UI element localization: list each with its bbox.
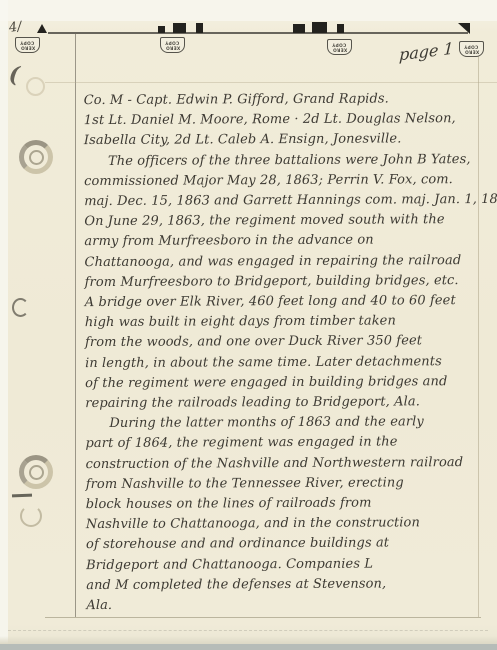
xerox-copy-stamp: XERO COPY: [327, 39, 352, 55]
stamp-text: XERO: [332, 48, 346, 52]
handwritten-line: Nashville to Chattanooga, and in the con…: [86, 513, 497, 535]
handwritten-line: of the regiment were engaged in building…: [85, 372, 497, 394]
handwritten-line: 1st Lt. Daniel M. Moore, Rome · 2d Lt. D…: [84, 109, 496, 131]
handwritten-line: in length, in about the same time. Later…: [85, 352, 497, 374]
hole-punch-partial: [20, 505, 42, 527]
stamp-text: XERO: [165, 46, 179, 50]
handwritten-line: A bridge over Elk River, 460 feet long a…: [85, 291, 497, 313]
handwritten-line: On June 29, 1863, the regiment moved sou…: [84, 210, 496, 232]
scan-edge-top: [0, 0, 497, 21]
xerox-copy-stamp: XERO COPY: [15, 37, 40, 53]
hole-punch-ghost: [26, 77, 45, 96]
hole-punch-hole: [29, 150, 44, 165]
handwritten-line: Chattanooga, and was engaged in repairin…: [84, 251, 496, 273]
stamp-text: COPY: [464, 44, 478, 48]
handwritten-line: army from Murfreesboro in the advance on: [84, 230, 496, 252]
scan-noise-line: [8, 630, 488, 631]
handwritten-line: Bridgeport and Chattanooga. Companies L: [86, 554, 497, 576]
stamp-text: XERO: [464, 50, 478, 54]
handwritten-line: from Nashville to the Tennessee River, e…: [86, 473, 497, 495]
registration-mark-icon: [312, 22, 327, 33]
stamp-text: COPY: [332, 42, 346, 46]
handwritten-line: from the woods, and one over Duck River …: [85, 331, 497, 353]
registration-mark-icon: [158, 26, 165, 33]
hole-punch-partial: [12, 298, 29, 317]
stamp-text: XERO: [20, 46, 34, 50]
registration-mark-icon: [337, 24, 344, 33]
scan-edge-bottom: [0, 644, 497, 650]
handwritten-line: The officers of the three battalions wer…: [84, 150, 496, 172]
handwriting-text-block: Co. M - Capt. Edwin P. Gifford, Grand Ra…: [84, 89, 497, 616]
handwritten-line: commissioned Major May 28, 1863; Perrin …: [84, 170, 496, 192]
handwritten-line: from Murfreesboro to Bridgeport, buildin…: [85, 271, 497, 293]
stray-pen-mark: (: [8, 62, 21, 89]
left-margin-line: [75, 33, 76, 617]
registration-triangle-icon: [37, 24, 47, 33]
xerox-copy-stamp: XERO COPY: [459, 41, 484, 57]
handwritten-line: of storehouse and and ordinance building…: [86, 533, 497, 555]
handwritten-line: construction of the Nashville and Northw…: [86, 453, 497, 475]
scan-edge-bottom-fade: [0, 636, 497, 644]
xerox-copy-stamp: XERO COPY: [160, 37, 185, 53]
handwritten-line: and M completed the defenses at Stevenso…: [86, 574, 497, 596]
registration-mark-icon: [196, 23, 203, 33]
scanned-document-page: XERO COPY XERO COPY XERO COPY XERO COPY …: [0, 0, 497, 650]
handwritten-line: During the latter months of 1863 and the…: [85, 412, 497, 434]
handwritten-line: block houses on the lines of railroads f…: [86, 493, 497, 515]
handwritten-line: repairing the railroads leading to Bridg…: [85, 392, 497, 414]
registration-mark-icon: [173, 23, 186, 33]
handwritten-line: Isabella City, 2d Lt. Caleb A. Ensign, J…: [84, 129, 496, 151]
faint-horizontal-line: [45, 82, 497, 83]
page-number: page 1: [399, 39, 454, 65]
handwritten-line: maj. Dec. 15, 1863 and Garrett Hannings …: [84, 190, 496, 212]
handwritten-line: part of 1864, the regiment was engaged i…: [85, 432, 497, 454]
registration-mark-icon: [293, 24, 305, 33]
stamp-text: COPY: [165, 40, 179, 44]
hole-punch-hole: [29, 465, 44, 480]
top-rule-line: [48, 32, 468, 34]
scan-edge-left: [0, 0, 8, 650]
stamp-text: COPY: [20, 40, 34, 44]
pen-dash-mark: [12, 494, 32, 498]
bottom-frame-line: [45, 617, 481, 618]
corner-pen-mark: 4/: [8, 19, 23, 36]
handwritten-line: Ala.: [86, 594, 497, 616]
handwritten-line: Co. M - Capt. Edwin P. Gifford, Grand Ra…: [84, 89, 496, 111]
handwritten-line: high was built in eight days from timber…: [85, 311, 497, 333]
